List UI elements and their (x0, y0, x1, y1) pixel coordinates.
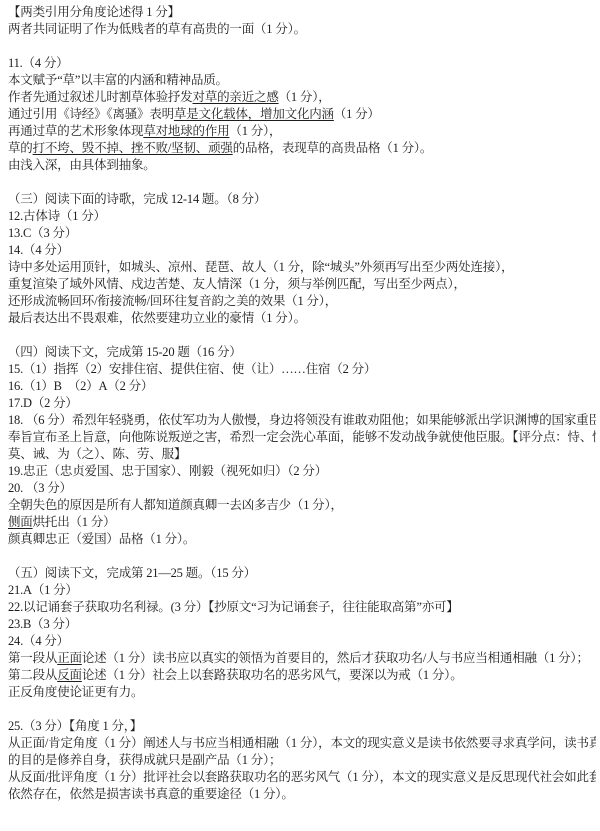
text-line: 还形成流畅回环/衔接流畅/回环往复音韵之美的效果（1 分）， (8, 293, 596, 310)
text-segment: 两者共同证明了作为低贱者的草有高贵的一面（1 分）。 (8, 22, 306, 36)
text-line: 11.（4 分） (8, 55, 596, 72)
text-segment: 19.忠正（忠贞爱国、忠于国家）、刚毅（视死如归）（2 分） (8, 464, 327, 478)
text-line: 18. （6 分）希烈年轻骁勇，依仗军功为人傲慢，身边将领没有谁敢劝阻他；如果能… (8, 412, 596, 429)
text-line: 依然存在，依然是损害读书真意的重要途径（1 分）。 (8, 786, 596, 803)
text-line: 25.（3 分）【角度 1 分，】 (8, 718, 596, 735)
text-segment: 再通过草的艺术形象体现 (8, 124, 143, 138)
text-segment: 第二段从 (8, 668, 57, 682)
text-segment: 12.古体诗（1 分） (8, 209, 106, 223)
text-segment: 14.（4 分） (8, 243, 69, 257)
text-line: （三）阅读下面的诗歌，完成 12-14 题。（8 分） (8, 191, 596, 208)
text-line: 奉旨宣布圣上旨意，向他陈说叛逆之害，希烈一定会洗心革面，能够不发动战争就使他臣服… (8, 429, 596, 446)
text-segment: （1 分）， (229, 124, 281, 138)
text-line: 22.以记诵套子获取功名利禄。(3 分）【抄原文“习为记诵套子，往往能取高第”亦… (8, 599, 596, 616)
text-segment: 论述（1 分）读书应以真实的领悟为首要目的，然后才获取功名/人与书应当相通相融（… (82, 651, 589, 665)
text-segment: 【两类引用分角度论述得 1 分】 (8, 5, 180, 19)
text-segment: 的品格，表现草的高贵品格（1 分）。 (233, 141, 433, 155)
text-segment: （1 分）， (279, 90, 331, 104)
text-line: 的目的是修养自身，获得成就只是副产品（1 分）； (8, 752, 596, 769)
text-segment: 作者先通过叙述儿时割草体验抒发 (8, 90, 193, 104)
text-line: 24.（4 分） (8, 633, 596, 650)
text-line: 本文赋予“草”以丰富的内涵和精神品质。 (8, 72, 596, 89)
text-line: 再通过草的艺术形象体现草对地球的作用（1 分）， (8, 123, 596, 140)
text-segment: 24.（4 分） (8, 634, 69, 648)
text-line: 正反角度使论证更有力。 (8, 684, 596, 701)
text-segment: 诗中多处运用顶针，如城头、凉州、琵琶、故人（1 分，除“城头”外须再写出至少两处… (8, 260, 513, 274)
text-segment: 第一段从 (8, 651, 57, 665)
text-line: 16.（1）B （2）A（2 分） (8, 378, 596, 395)
text-segment: 的目的是修养自身，获得成就只是副产品（1 分）； (8, 753, 281, 767)
text-segment: 25.（3 分）【角度 1 分，】 (8, 719, 142, 733)
text-segment: 从正面/肯定角度（1 分）阐述人与书应当相通相融（1 分），本文的现实意义是读书… (8, 736, 596, 750)
text-line: 颜真卿忠正（爱国）品格（1 分）。 (8, 531, 596, 548)
paragraph-section-5-essay: （五）阅读下文，完成第 21—25 题。（15 分）21.A（1 分）22.以记… (8, 565, 596, 701)
text-segment: 18. （6 分）希烈年轻骁勇，依仗军功为人傲慢，身边将领没有谁敢劝阻他；如果能… (8, 413, 596, 427)
text-line: 通过引用《诗经》《离骚》表明草是文化载体，增加文化内涵（1 分） (8, 106, 596, 123)
underlined-text: 草是文化载体，增加文化内涵 (174, 107, 334, 121)
text-line: （四）阅读下文，完成第 15-20 题（16 分） (8, 344, 596, 361)
answer-document: 【两类引用分角度论述得 1 分】两者共同证明了作为低贱者的草有高贵的一面（1 分… (0, 0, 600, 803)
text-line: 草的打不垮、毁不掉、挫不败/坚韧、顽强的品格，表现草的高贵品格（1 分）。 (8, 140, 596, 157)
text-line: 从正面/肯定角度（1 分）阐述人与书应当相通相融（1 分），本文的现实意义是读书… (8, 735, 596, 752)
underlined-text: 草对地球的作用 (143, 124, 229, 138)
text-segment: 由浅入深，由具体到抽象。 (8, 158, 156, 172)
text-line: 莫、诫、为（之）、陈、劳、服】 (8, 446, 596, 463)
paragraph-citation-scoring-note: 【两类引用分角度论述得 1 分】两者共同证明了作为低贱者的草有高贵的一面（1 分… (8, 4, 596, 38)
text-line: 13.C（3 分） (8, 225, 596, 242)
text-segment: 最后表达出不畏艰难，依然要建功立业的豪情（1 分）。 (8, 311, 306, 325)
text-segment: 颜真卿忠正（爱国）品格（1 分）。 (8, 532, 195, 546)
paragraph-q25-analysis: 25.（3 分）【角度 1 分，】从正面/肯定角度（1 分）阐述人与书应当相通相… (8, 718, 596, 803)
text-line: 侧面烘托出（1 分） (8, 514, 596, 531)
text-line: 19.忠正（忠贞爱国、忠于国家）、刚毅（视死如归）（2 分） (8, 463, 596, 480)
text-segment: 莫、诫、为（之）、陈、劳、服】 (8, 447, 186, 461)
text-segment: （四）阅读下文，完成第 15-20 题（16 分） (8, 345, 242, 359)
text-line: 作者先通过叙述儿时割草体验抒发对草的亲近之感（1 分）， (8, 89, 596, 106)
text-line: 两者共同证明了作为低贱者的草有高贵的一面（1 分）。 (8, 21, 596, 38)
underlined-text: 正面 (57, 651, 82, 665)
text-line: 21.A（1 分） (8, 582, 596, 599)
text-segment: 11.（4 分） (8, 56, 68, 70)
paragraph-q11-grass-essay: 11.（4 分）本文赋予“草”以丰富的内涵和精神品质。作者先通过叙述儿时割草体验… (8, 55, 596, 174)
text-segment: 13.C（3 分） (8, 226, 77, 240)
paragraph-section-3-poetry: （三）阅读下面的诗歌，完成 12-14 题。（8 分）12.古体诗（1 分）13… (8, 191, 596, 327)
text-segment: 23.B（3 分） (8, 617, 77, 631)
text-segment: 从反面/批评角度（1 分）批评社会以套路获取功名的恶劣风气（1 分），本文的现实… (8, 770, 596, 784)
underlined-text: 侧面 (8, 515, 33, 529)
underlined-text: 打不垮、毁不掉、挫不败/坚韧、顽强 (33, 141, 233, 155)
text-line: 20. （3 分） (8, 480, 596, 497)
text-line: 12.古体诗（1 分） (8, 208, 596, 225)
text-segment: 15.（1）指挥（2）安排住宿、提供住宿、使（让）……住宿（2 分） (8, 362, 376, 376)
text-line: 第二段从反面论述（1 分）社会上以套路获取功名的恶劣风气，要深以为戒（1 分）。 (8, 667, 596, 684)
text-segment: 还形成流畅回环/衔接流畅/回环往复音韵之美的效果（1 分）， (8, 294, 337, 308)
text-segment: 重复渲染了域外风情、戍边苦楚、友人情深（1 分，须与举例匹配，写出至少两点）， (8, 277, 466, 291)
text-segment: 烘托出（1 分） (33, 515, 116, 529)
text-line: 全朝失色的原因是所有人都知道颜真卿一去凶多吉少（1 分）， (8, 497, 596, 514)
text-line: （五）阅读下文，完成第 21—25 题。（15 分） (8, 565, 596, 582)
text-segment: 20. （3 分） (8, 481, 72, 495)
text-segment: 22.以记诵套子获取功名利禄。(3 分）【抄原文“习为记诵套子，往往能取高第”亦… (8, 600, 459, 614)
text-segment: （五）阅读下文，完成第 21—25 题。（15 分） (8, 566, 256, 580)
text-segment: 17.D（2 分） (8, 396, 78, 410)
text-segment: 全朝失色的原因是所有人都知道颜真卿一去凶多吉少（1 分）， (8, 498, 343, 512)
text-segment: 通过引用《诗经》《离骚》表明 (8, 107, 174, 121)
text-line: 从反面/批评角度（1 分）批评社会以套路获取功名的恶劣风气（1 分），本文的现实… (8, 769, 596, 786)
text-segment: 论述（1 分）社会上以套路获取功名的恶劣风气，要深以为戒（1 分）。 (82, 668, 463, 682)
text-line: 重复渲染了域外风情、戍边苦楚、友人情深（1 分，须与举例匹配，写出至少两点）， (8, 276, 596, 293)
text-line: 最后表达出不畏艰难，依然要建功立业的豪情（1 分）。 (8, 310, 596, 327)
paragraph-section-4-classical-prose: （四）阅读下文，完成第 15-20 题（16 分）15.（1）指挥（2）安排住宿… (8, 344, 596, 548)
text-line: 诗中多处运用顶针，如城头、凉州、琵琶、故人（1 分，除“城头”外须再写出至少两处… (8, 259, 596, 276)
text-line: 由浅入深，由具体到抽象。 (8, 157, 596, 174)
text-segment: 16.（1）B （2）A（2 分） (8, 379, 153, 393)
text-line: 15.（1）指挥（2）安排住宿、提供住宿、使（让）……住宿（2 分） (8, 361, 596, 378)
text-line: 23.B（3 分） (8, 616, 596, 633)
text-line: 17.D（2 分） (8, 395, 596, 412)
text-segment: 本文赋予“草”以丰富的内涵和精神品质。 (8, 73, 228, 87)
underlined-text: 反面 (57, 668, 82, 682)
text-line: 第一段从正面论述（1 分）读书应以真实的领悟为首要目的，然后才获取功名/人与书应… (8, 650, 596, 667)
text-segment: 依然存在，依然是损害读书真意的重要途径（1 分）。 (8, 787, 294, 801)
text-line: 14.（4 分） (8, 242, 596, 259)
text-segment: 草的 (8, 141, 33, 155)
text-segment: 奉旨宣布圣上旨意，向他陈说叛逆之害，希烈一定会洗心革面，能够不发动战争就使他臣服… (8, 430, 596, 444)
text-segment: （三）阅读下面的诗歌，完成 12-14 题。（8 分） (8, 192, 266, 206)
text-segment: 21.A（1 分） (8, 583, 78, 597)
text-line: 【两类引用分角度论述得 1 分】 (8, 4, 596, 21)
underlined-text: 对草的亲近之感 (193, 90, 279, 104)
text-segment: （1 分） (334, 107, 380, 121)
text-segment: 正反角度使论证更有力。 (8, 685, 143, 699)
